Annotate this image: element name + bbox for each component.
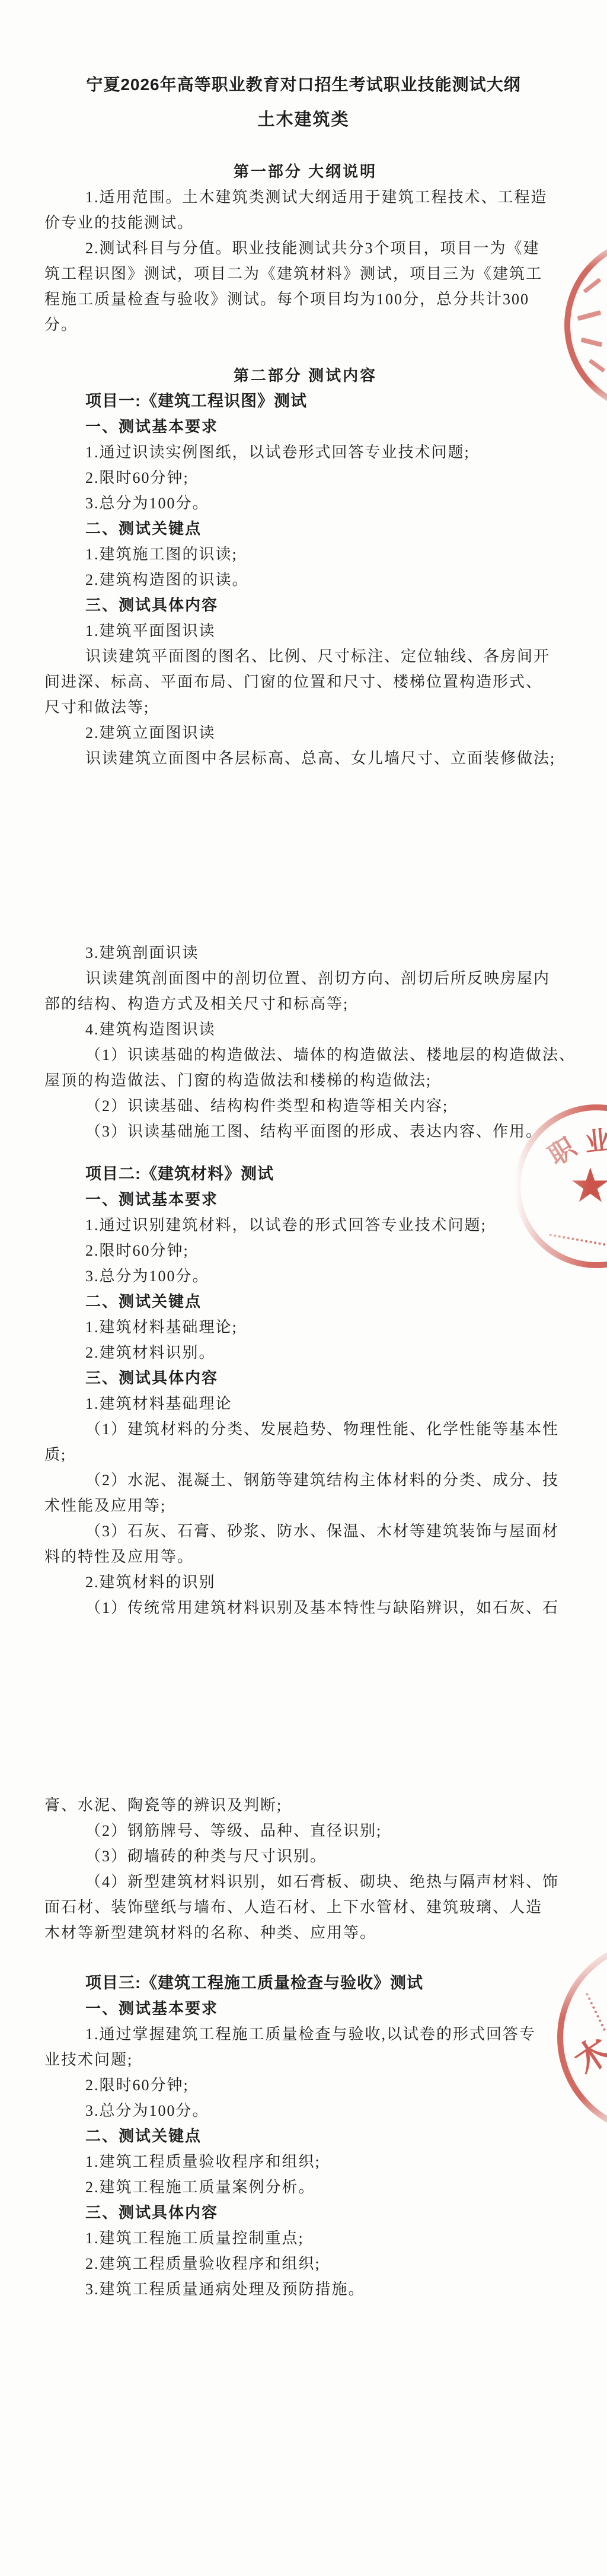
doc-line: 筑工程识图》测试，项目二为《建筑材料》测试，项目三为《建筑工: [44, 261, 566, 286]
doc-line: 程施工质量检查与验收》测试。每个项目均为100分，总分共计300: [44, 286, 566, 312]
doc-line: （2）识读基础、结构构件类型和构造等相关内容;: [44, 1093, 566, 1119]
sub-heading: 二、测试关键点: [44, 1289, 566, 1314]
project-heading: 项目一:《建筑工程识图》测试: [44, 389, 566, 414]
sub-heading: 一、测试基本要求: [44, 1996, 566, 2021]
doc-line: 料的特性及应用等。: [44, 1544, 566, 1569]
doc-line: （3）石灰、石膏、砂浆、防水、保温、木材等建筑装饰与屋面材: [44, 1518, 566, 1544]
sub-heading: 三、测试具体内容: [44, 593, 566, 618]
doc-line: 3.建筑剖面识读: [44, 940, 566, 966]
doc-line: 2.限时60分钟;: [44, 465, 566, 491]
sub-heading: 三、测试具体内容: [44, 2200, 566, 2225]
doc-line: 1.通过掌握建筑工程施工质量检查与验收,以试卷的形式回答专: [44, 2021, 566, 2047]
doc-line: 尺寸和做法等;: [44, 695, 566, 720]
doc-line: 2.测试科目与分值。职业技能测试共分3个项目，项目一为《建: [44, 235, 566, 261]
project-heading: 项目三:《建筑工程施工质量检查与验收》测试: [44, 1970, 566, 1996]
official-seal-top-icon: [564, 236, 607, 414]
doc-line: 1.建筑施工图的识读;: [44, 542, 566, 567]
doc-line: 3.总分为100分。: [44, 491, 566, 516]
doc-line: 2.建筑工程施工质量案例分析。: [44, 2174, 566, 2200]
doc-line: 木材等新型建筑材料的名称、种类、应用等。: [44, 1920, 566, 1945]
doc-line: 1.通过识别建筑材料，以试卷的形式回答专业技术问题;: [44, 1212, 566, 1238]
section-project1: 第二部分 测试内容项目一:《建筑工程识图》测试一、测试基本要求1.通过识读实例图…: [44, 363, 566, 771]
section-heading: 第二部分 测试内容: [44, 363, 566, 389]
doc-line: 2.建筑立面图识读: [44, 720, 566, 746]
seal-character: 木: [563, 2023, 607, 2084]
doc-line: 2.建筑工程质量验收程序和组织;: [44, 2251, 566, 2276]
seal-star-icon: ★: [569, 1163, 607, 1210]
doc-line: 2.限时60分钟;: [44, 1238, 566, 1263]
document-subtitle: 土木建筑类: [0, 107, 607, 133]
doc-line: 2.限时60分钟;: [44, 2072, 566, 2098]
sub-heading: 三、测试具体内容: [44, 1365, 566, 1391]
sub-heading: 二、测试关键点: [44, 2123, 566, 2149]
section-project3: 项目三:《建筑工程施工质量检查与验收》测试一、测试基本要求1.通过掌握建筑工程施…: [44, 1970, 566, 2302]
doc-line: 分。: [44, 312, 566, 337]
doc-line: 价专业的技能测试。: [44, 210, 566, 235]
doc-line: 术性能及应用等;: [44, 1493, 566, 1518]
doc-line: （1）识读基础的构造做法、墙体的构造做法、楼地层的构造做法、: [44, 1042, 566, 1068]
doc-line: （3）识读基础施工图、结构平面图的形成、表达内容、作用。: [44, 1119, 566, 1144]
doc-line: 1.建筑平面图识读: [44, 618, 566, 644]
doc-line: 质;: [44, 1442, 566, 1467]
sub-heading: 二、测试关键点: [44, 516, 566, 542]
doc-line: （2）钢筋牌号、等级、品种、直径识别;: [44, 1818, 566, 1843]
doc-line: 屋顶的构造做法、门窗的构造做法和楼梯的构造做法;: [44, 1068, 566, 1093]
doc-line: 1.建筑工程施工质量控制重点;: [44, 2225, 566, 2251]
seal-ring: [564, 236, 607, 414]
section-heading: 第一部分 大纲说明: [44, 159, 566, 184]
document-title: 宁夏2026年高等职业教育对口招生考试职业技能测试大纲: [0, 70, 607, 100]
doc-line: 2.建筑材料识别。: [44, 1340, 566, 1365]
section-project2: 项目二:《建筑材料》测试一、测试基本要求1.通过识别建筑材料，以试卷的形式回答专…: [44, 1161, 566, 1620]
sub-heading: 一、测试基本要求: [44, 414, 566, 440]
doc-line: 识读建筑平面图的图名、比例、尺寸标注、定位轴线、各房间开: [44, 644, 566, 669]
section-project2-continued: 膏、水泥、陶瓷等的辨识及判断;（2）钢筋牌号、等级、品种、直径识别;（3）砌墙砖…: [44, 1792, 566, 1945]
seal-arc-text: [586, 1993, 606, 2031]
doc-line: （4）新型建筑材料识别，如石膏板、砌块、绝热与隔声材料、饰: [44, 1869, 566, 1894]
seal-character: 业: [583, 1119, 607, 1159]
doc-line: 间进深、标高、平面布局、门窗的位置和尺寸、楼梯位置构造形式、: [44, 669, 566, 695]
doc-line: 业技术问题;: [44, 2047, 566, 2072]
section-part1: 第一部分 大纲说明1.适用范围。土木建筑类测试大纲适用于建筑工程技术、工程造价专…: [44, 159, 566, 337]
seal-stroke: [581, 337, 603, 347]
doc-line: 2.建筑构造图的识读。: [44, 567, 566, 593]
doc-line: 识读建筑立面图中各层标高、总高、女儿墙尺寸、立面装修做法;: [44, 746, 566, 771]
doc-line: （1）传统常用建筑材料识别及基本特性与缺陷辨识，如石灰、石: [44, 1595, 566, 1620]
doc-line: 部的结构、构造方式及相关尺寸和标高等;: [44, 991, 566, 1017]
doc-line: 4.建筑构造图识读: [44, 1017, 566, 1042]
project-heading: 项目二:《建筑材料》测试: [44, 1161, 566, 1187]
doc-line: 膏、水泥、陶瓷等的辨识及判断;: [44, 1792, 566, 1818]
section-project1-continued: 3.建筑剖面识读识读建筑剖面图中的剖切位置、剖切方向、剖切后所反映房屋内部的结构…: [44, 940, 566, 1144]
doc-line: 1.通过识读实例图纸，以试卷形式回答专业技术问题;: [44, 440, 566, 465]
sub-heading: 一、测试基本要求: [44, 1187, 566, 1212]
doc-line: 2.建筑材料的识别: [44, 1569, 566, 1595]
scanned-document-page: 宁夏2026年高等职业教育对口招生考试职业技能测试大纲 土木建筑类 第一部分 大…: [0, 0, 607, 2576]
doc-line: （2）水泥、混凝土、钢筋等建筑结构主体材料的分类、成分、技: [44, 1467, 566, 1493]
seal-stroke: [583, 278, 601, 293]
doc-line: 1.建筑工程质量验收程序和组织;: [44, 2149, 566, 2174]
doc-line: 3.总分为100分。: [44, 1263, 566, 1289]
doc-line: 1.建筑材料基础理论: [44, 1391, 566, 1416]
doc-line: 3.建筑工程质量通病处理及预防措施。: [44, 2276, 566, 2302]
seal-stroke: [589, 359, 605, 372]
doc-line: 识读建筑剖面图中的剖切位置、剖切方向、剖切后所反映房屋内: [44, 966, 566, 991]
doc-line: （3）砌墙砖的种类与尺寸识别。: [44, 1843, 566, 1869]
doc-line: （1）建筑材料的分类、发展趋势、物理性能、化学性能等基本性: [44, 1416, 566, 1442]
seal-stroke: [577, 310, 602, 321]
doc-line: 1.建筑材料基础理论;: [44, 1314, 566, 1340]
doc-line: 3.总分为100分。: [44, 2098, 566, 2123]
doc-line: 面石材、装饰壁纸与墙布、人造石材、上下水管材、建筑玻璃、人造: [44, 1894, 566, 1920]
doc-line: 1.适用范围。土木建筑类测试大纲适用于建筑工程技术、工程造: [44, 184, 566, 210]
